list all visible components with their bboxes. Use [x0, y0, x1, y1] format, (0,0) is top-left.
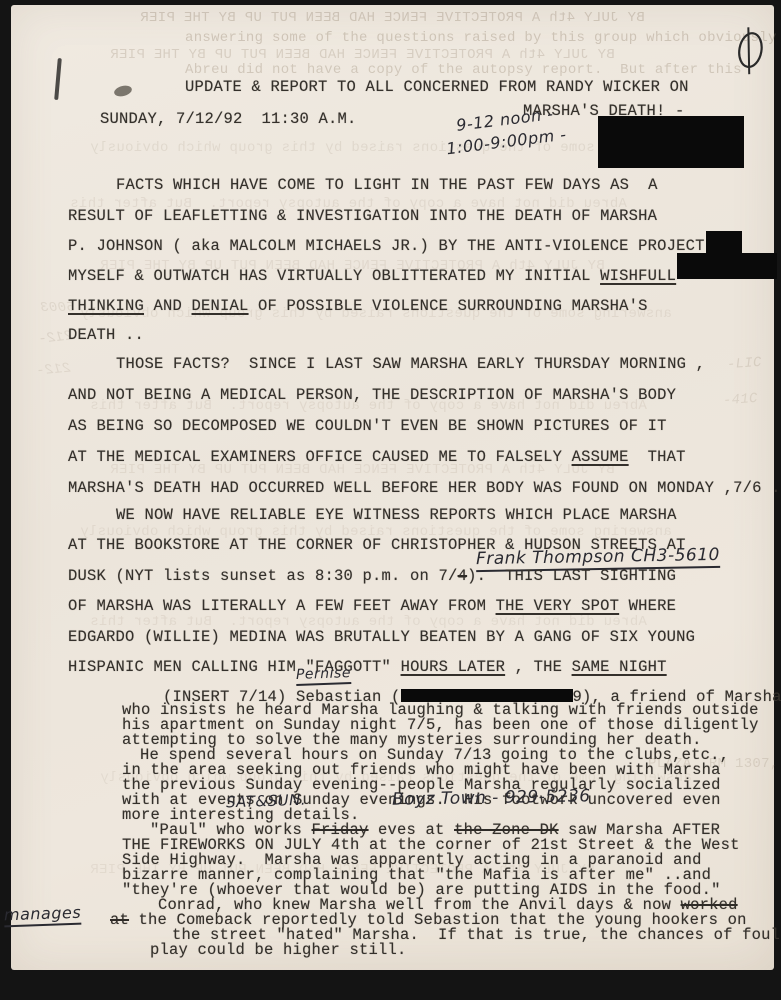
typed-line: MARSHA'S DEATH HAD OCCURRED WELL BEFORE … [68, 481, 781, 497]
typed-line: AT THE MEDICAL EXAMINERS OFFICE CAUSED M… [68, 450, 686, 466]
date-line: SUNDAY, 7/12/92 11:30 A.M. [100, 112, 357, 128]
underlined-text: THE VERY SPOT [496, 597, 620, 615]
typed-line: THOSE FACTS? SINCE I LAST SAW MARSHA EAR… [116, 357, 705, 373]
typed-line: P. JOHNSON ( aka MALCOLM MICHAELS JR.) B… [68, 239, 714, 255]
bleedthrough-text: BY JULY 4th A PROTECTIVE FENCE HAD BEEN … [140, 10, 645, 26]
typed-line: DEATH .. [68, 328, 144, 344]
report-title-line: UPDATE & REPORT TO ALL CONCERNED FROM RA… [185, 80, 689, 96]
typed-line: THINKING AND DENIAL OF POSSIBLE VIOLENCE… [68, 299, 648, 315]
redaction-bar [598, 116, 744, 168]
typed-text: DUSK (NYT lists sunset as 8:30 p.m. on 7… [68, 567, 458, 585]
typed-text: OF POSSIBLE VIOLENCE SURROUNDING MARSHA'… [249, 297, 648, 315]
typed-text: ). THIS LAST SIGHTING [467, 567, 676, 585]
redaction-bar [677, 253, 777, 279]
typed-line: RESULT OF LEAFLETTING & INVESTIGATION IN… [68, 209, 657, 225]
typed-line: DUSK (NYT lists sunset as 8:30 p.m. on 7… [68, 569, 676, 585]
typed-line: EDGARDO (WILLIE) MEDINA WAS BRUTALLY BEA… [68, 630, 695, 646]
handwritten-satsun: SAT&SUN. [226, 791, 307, 812]
margin-scribble: -41C [722, 391, 758, 409]
underlined-text: ASSUME [572, 448, 629, 466]
typed-text: MYSELF & OUTWATCH HAS VIRTUALLY OBLITTER… [68, 267, 600, 285]
redaction-bar [706, 231, 742, 254]
margin-scribble: -LIC [726, 355, 762, 373]
typed-line: WE NOW HAVE RELIABLE EYE WITNESS REPORTS… [116, 508, 677, 524]
typed-line: OF MARSHA WAS LITERALLY A FEW FEET AWAY … [68, 599, 676, 615]
underlined-text: DENIAL [192, 297, 249, 315]
bleedthrough-text: Abreu did not have a copy of the autopsy… [185, 62, 742, 78]
underlined-text: SAME NIGHT [572, 658, 667, 676]
typed-text: THAT [629, 448, 686, 466]
typed-text: AND [144, 297, 192, 315]
bleedthrough-text: answering some of the questions raised b… [90, 140, 682, 156]
typed-line: HISPANIC MEN CALLING HIM "FAGGOTT" HOURS… [68, 660, 667, 676]
bleedthrough-text: BY JULY 4th A PROTECTIVE FENCE HAD BEEN … [110, 47, 615, 63]
typed-line: AND NOT BEING A MEDICAL PERSON, THE DESC… [68, 388, 676, 404]
typed-text: , THE [505, 658, 572, 676]
underlined-text: THINKING [68, 297, 144, 315]
struck-text: at [110, 911, 129, 929]
underlined-text: HOURS LATER [401, 658, 506, 676]
struck-text: 4 [458, 567, 468, 585]
underlined-text: WISHFULL [600, 267, 676, 285]
document-scan: BY JULY 4th A PROTECTIVE FENCE HAD BEEN … [0, 0, 781, 1000]
bleedthrough-text: answering some of the questions raised b… [185, 30, 777, 46]
typed-line: play could be higher still. [150, 943, 407, 959]
typed-text: WHERE [619, 597, 676, 615]
typed-line: AS BEING SO DECOMPOSED WE COULDN'T EVEN … [68, 419, 667, 435]
typed-text: AT THE MEDICAL EXAMINERS OFFICE CAUSED M… [68, 448, 572, 466]
margin-scribble: 212- [35, 361, 71, 380]
typed-line: MYSELF & OUTWATCH HAS VIRTUALLY OBLITTER… [68, 269, 676, 285]
handwritten-pernise: Pernise [296, 665, 352, 686]
typed-line: FACTS WHICH HAVE COME TO LIGHT IN THE PA… [116, 178, 658, 194]
handwritten-manages: manages [4, 903, 82, 928]
handwritten-boyztown: Boyz Town - 929-5236 [392, 786, 591, 809]
typed-text: OF MARSHA WAS LITERALLY A FEW FEET AWAY … [68, 597, 496, 615]
